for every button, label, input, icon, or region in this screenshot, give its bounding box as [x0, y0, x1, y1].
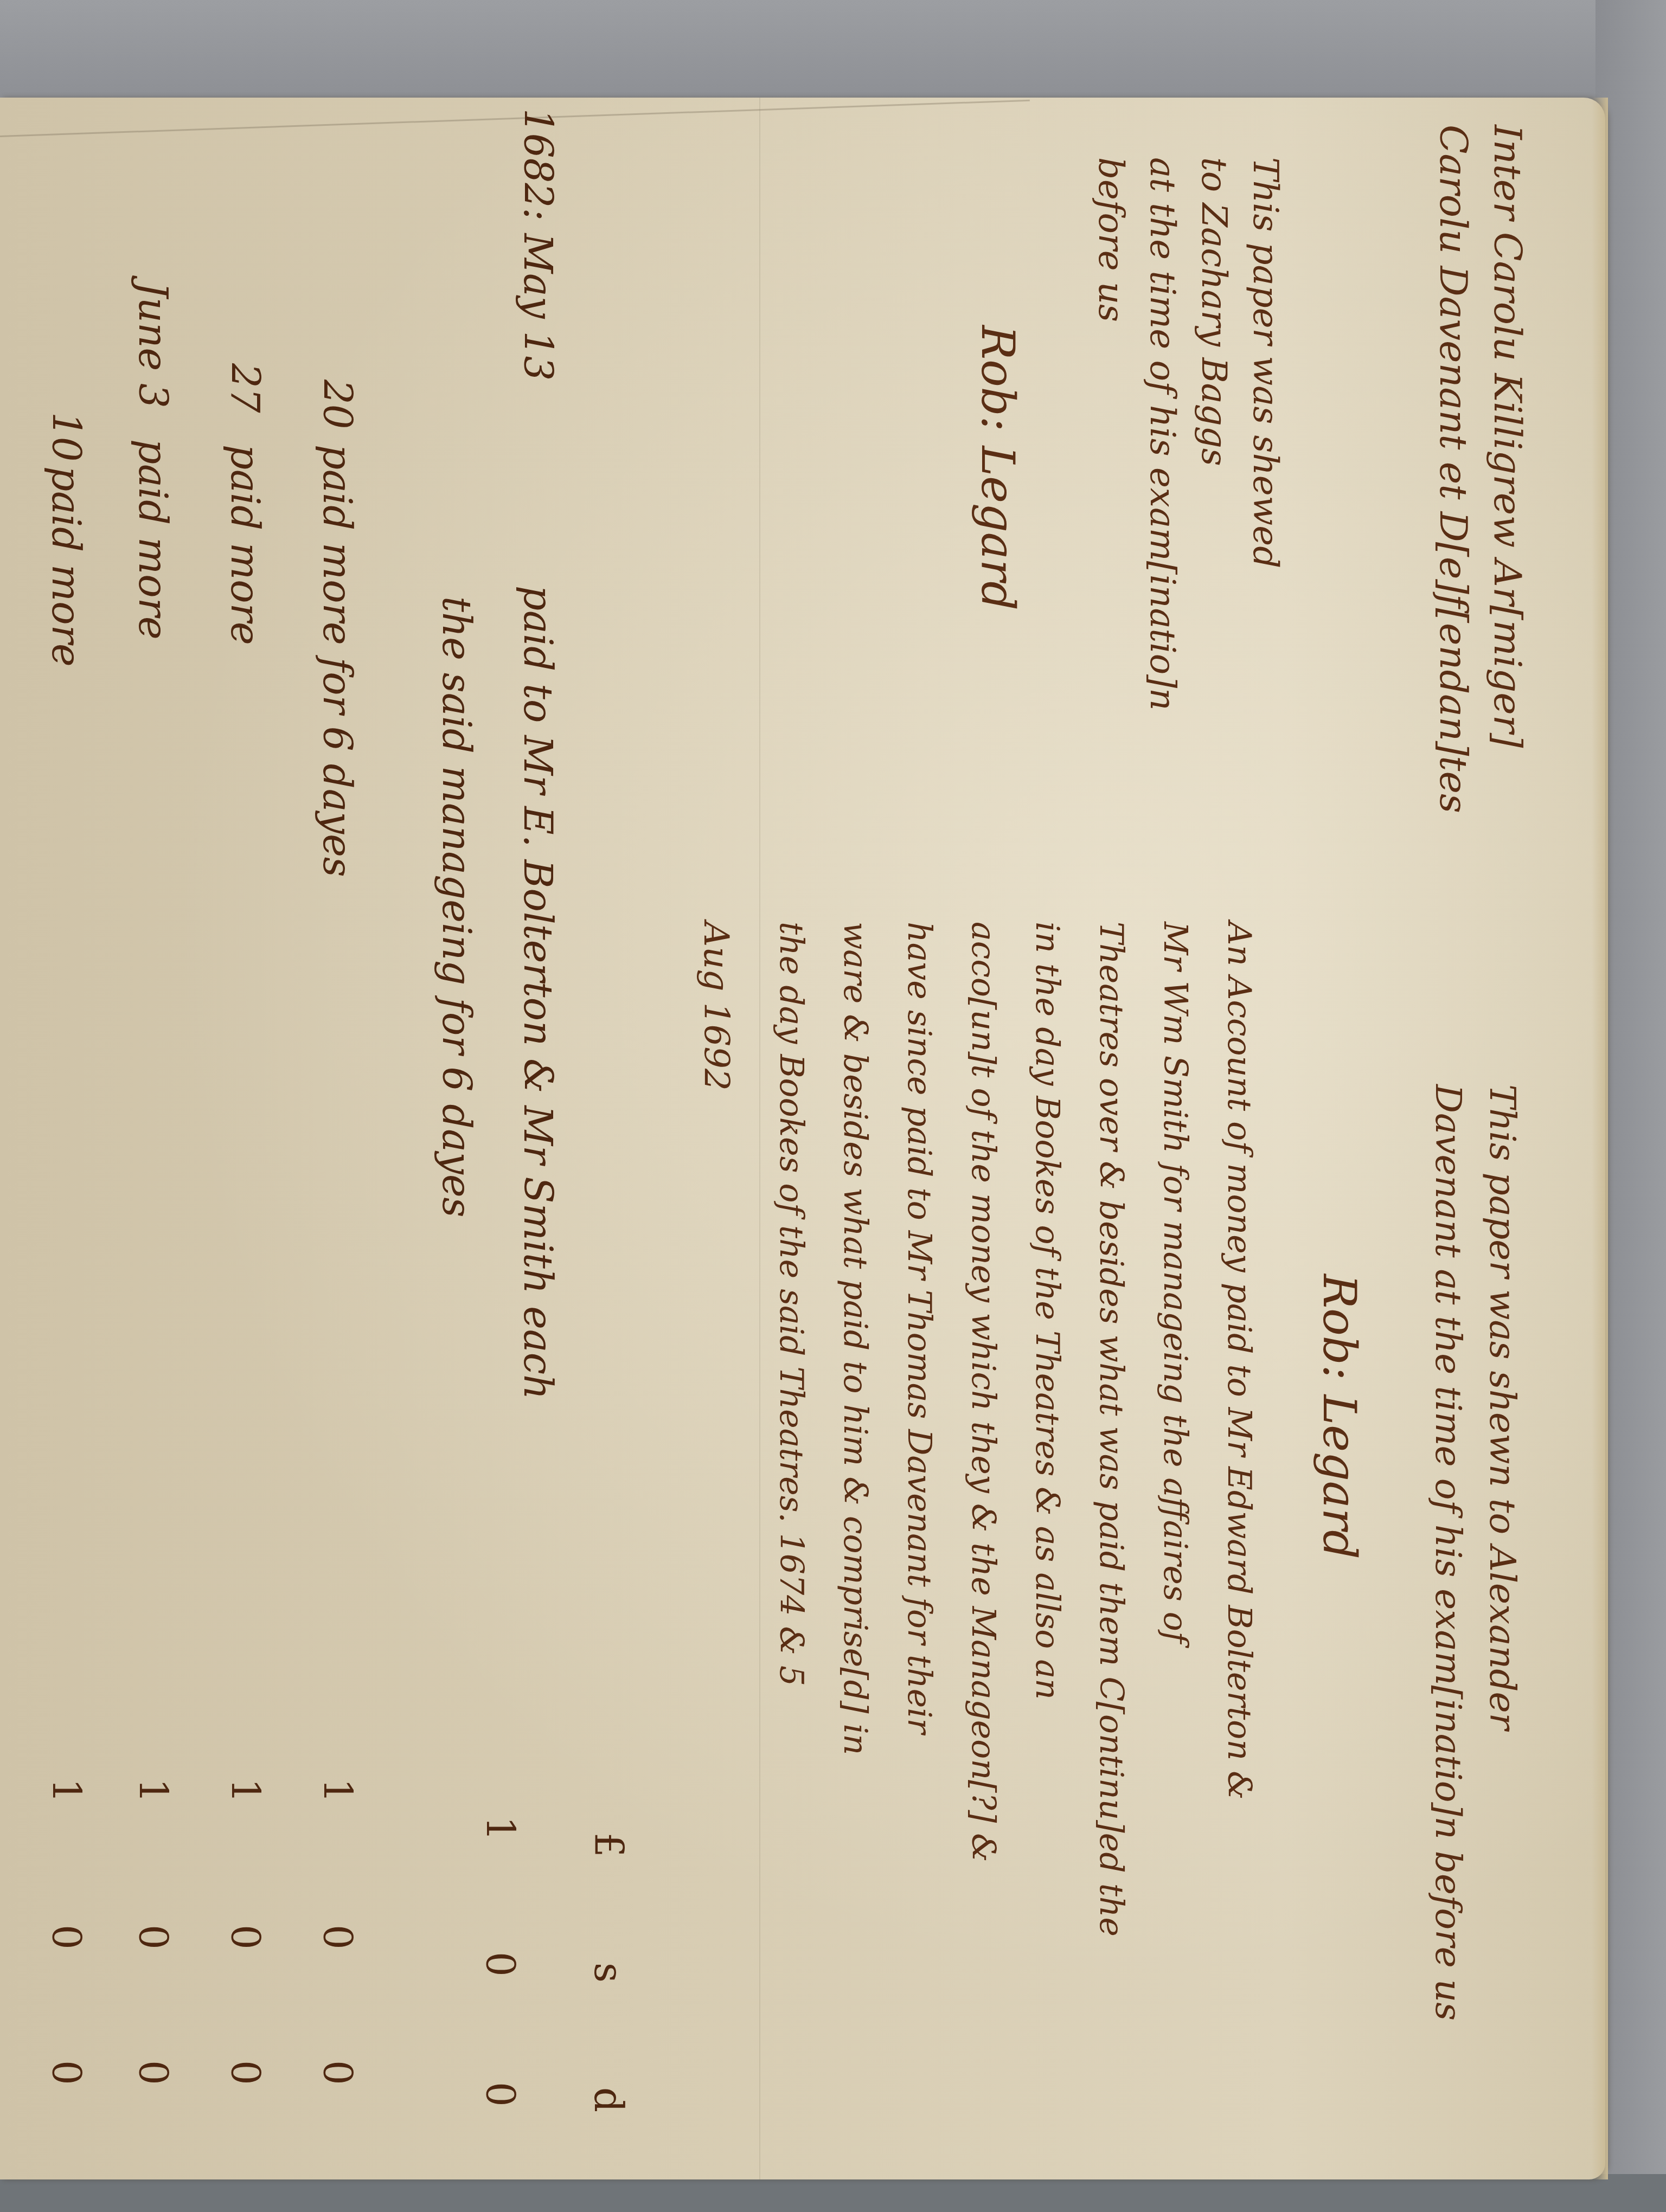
ledger-entry-2-description: paid more for 6 dayes [315, 445, 360, 877]
deposition-note-davenant: This paper was shewn to Alexander Davena… [1421, 1084, 1529, 2021]
ledger-entry-4-pounds: 1 [130, 1778, 176, 1803]
ledger-entry-3-shillings: 0 [222, 1925, 268, 1950]
background-surface-bottom [0, 2174, 1666, 2212]
ledger-entry-5-description: paid more [43, 466, 89, 667]
account-line: acco[un]t of the money which they & the … [951, 922, 1015, 1937]
ledger-entry-1-pence: 0 [477, 2082, 523, 2107]
ledger-entry-1-sub: the said manageing for 6 dayes [434, 596, 479, 1218]
ledger-entry-5-pence: 0 [43, 2060, 89, 2085]
ledger-entry-4-shillings: 0 [130, 1925, 176, 1950]
account-paragraph: An Account of money paid to Mr Edward Bo… [759, 922, 1271, 1937]
ledger-entry-3-pence: 0 [222, 2060, 268, 2085]
ledger-header-pounds: £ [586, 1832, 631, 1857]
account-line: have since paid to Mr Thomas Davenant fo… [887, 922, 951, 1937]
ledger-entry-4-description: paid more [130, 439, 176, 640]
account-line: in the day Bookes of the Theatres & as a… [1015, 922, 1079, 1937]
account-line: the day Bookes of the said Theatres. 167… [759, 922, 823, 1937]
case-heading: Inter Carolu Killigrew Ar[miger] Carolu … [1426, 125, 1535, 813]
heading-line-1: Inter Carolu Killigrew Ar[miger] [1481, 125, 1535, 813]
account-line: An Account of money paid to Mr Edward Bo… [1207, 922, 1271, 1937]
background-surface-top [0, 0, 1666, 103]
heading-line-2: Carolu Davenant et D[e]f[endan]tes [1426, 125, 1481, 813]
ledger-entry-3-pounds: 1 [222, 1778, 268, 1803]
ledger-entry-4-date: June 3 [130, 282, 176, 408]
note-line: This paper was shewed [1239, 157, 1291, 710]
ledger-entry-5-shillings: 0 [43, 1925, 89, 1950]
ledger-entry-1-description: paid to Mr E. Bolterton & Mr Smith each [515, 586, 561, 1399]
ledger-entry-2-pence: 0 [315, 2060, 360, 2085]
account-line: Mr Wm Smith for manageing the affaires o… [1143, 922, 1207, 1937]
deposition-note-baggs: This paper was shewed to Zachary Baggs a… [1085, 157, 1291, 710]
ledger-entry-2-shillings: 0 [315, 1925, 360, 1950]
ledger-entry-3-date: 27 [222, 363, 268, 413]
ledger-entry-5-date: 10 [43, 412, 89, 462]
account-date: Aug 1692 [689, 922, 743, 1091]
ledger-entry-1-shillings: 0 [477, 1952, 523, 1977]
ledger-entry-5-pounds: 1 [43, 1778, 89, 1803]
note-line: This paper was shewn to Alexander [1475, 1084, 1529, 2021]
ledger-header-shillings: s [586, 1963, 631, 1983]
account-line: ware & besides what paid to him & compri… [823, 922, 887, 1937]
note-line: at the time of his exam[inatio]n [1136, 157, 1188, 710]
signature-rob-legard-1: Rob: Legard [971, 325, 1025, 610]
ledger-entry-4-pence: 0 [130, 2060, 176, 2085]
note-line: Davenant at the time of his exam[inatio]… [1421, 1084, 1475, 2021]
ledger-entry-3-description: paid more [222, 445, 268, 645]
signature-rob-legard-2: Rob: Legard [1312, 1274, 1367, 1559]
paper-torn-edge [1592, 98, 1608, 2179]
ledger-entry-1-date: 1682: May 13 [515, 108, 561, 381]
note-line: to Zachary Baggs [1188, 157, 1239, 710]
ledger-header-pence: d [586, 2087, 631, 2112]
ledger-entry-2-date: 20 [315, 380, 360, 429]
account-line: Theatres over & besides what was paid th… [1079, 922, 1143, 1937]
note-line: before us [1085, 157, 1136, 710]
ledger-entry-2-pounds: 1 [315, 1778, 360, 1803]
ledger-entry-1-pounds: 1 [477, 1816, 523, 1841]
